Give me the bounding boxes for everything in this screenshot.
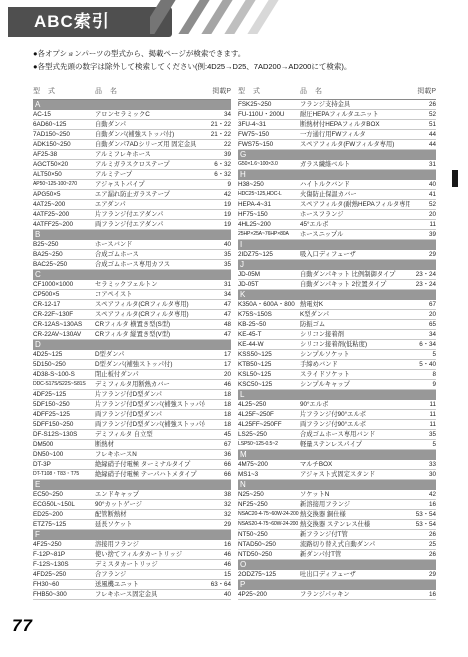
model-cell: K75S~150S [238, 310, 300, 319]
page-cell: 35 [205, 250, 231, 259]
page-cell: 20 [205, 370, 231, 379]
page-cell: 11 [410, 420, 436, 429]
section-header-C: C [33, 270, 231, 280]
table-row: KSC50~125シンプルキャップ9 [238, 380, 436, 390]
section-header-I: I [238, 240, 436, 250]
name-cell: 熱交換器 銅仕様 [300, 510, 410, 519]
model-cell: AC-15 [33, 110, 95, 119]
table-row: H38~250ハイトルクバンド40 [238, 180, 436, 190]
page-cell: 65 [410, 320, 436, 329]
page-cell: 46 [205, 560, 231, 569]
page-cell: 30 [410, 470, 436, 479]
model-cell: NTAD50~250 [238, 540, 300, 549]
page-cell: 19 [205, 200, 231, 209]
table-row: APG50×5エア漏れ防止ガラステープ42 [33, 190, 231, 200]
name-cell: 90°カットゲージ [95, 500, 205, 509]
table-row: ED25~200配管断熱材32 [33, 510, 231, 520]
name-cell: 防振ゴム [300, 320, 410, 329]
page-cell: 39 [205, 150, 231, 159]
table-row: 4L25FF~250FF両フランジ付90°エルボ11 [238, 420, 436, 430]
model-cell: NT50~250 [238, 530, 300, 539]
page-cell: 66 [205, 460, 231, 469]
model-cell: FH30~60 [33, 580, 95, 589]
name-cell: 延長ソケット [95, 520, 205, 529]
name-cell: 自動ダンパキット 2位置タイプ [300, 280, 410, 289]
table-row: G50×1.6~100×3.0ガラス繊維ベルト31 [238, 160, 436, 170]
page-cell: 19 [205, 220, 231, 229]
page-cell: 15 [205, 570, 231, 579]
model-cell: DT-T108・T83・T75 [33, 470, 95, 479]
name-cell: フランジ支持金具 [300, 100, 410, 109]
name-cell: エア漏れ防止ガラステープ [95, 190, 205, 199]
table-row: 25HP×25A~76HP×80Aホースニップル39 [238, 230, 436, 240]
name-cell: ホースフランジ [300, 210, 410, 219]
model-cell: MS1~3 [238, 470, 300, 479]
model-cell: ETZ75~125 [33, 520, 95, 529]
name-cell: ソケットN [300, 490, 410, 499]
model-cell: HEPA-4~31 [238, 200, 300, 209]
table-row: LSP50~125-0.5~2軽量ステンレスパイプ5 [238, 440, 436, 450]
page-cell: 26 [410, 100, 436, 109]
diagonal-stripes-decoration [150, 0, 290, 34]
model-cell: FHB50~300 [33, 590, 95, 599]
model-cell: CR-22AV~130AV [33, 330, 95, 339]
model-cell: KTB50~125 [238, 360, 300, 369]
page-cell: 26 [410, 530, 436, 539]
table-row: CR-22F~130Fスペアフィルタ(CRフィルタ専用)47 [33, 310, 231, 320]
name-cell: 使い捨てフィルタカートリッジ [95, 550, 205, 559]
name-cell: エアダンパ [95, 200, 205, 209]
model-cell: APG50×5 [33, 190, 95, 199]
page-cell: 16 [410, 500, 436, 509]
model-cell: FW75~150 [238, 130, 300, 139]
intro-notes: ●各オプションパーツの型式から、掲載ページが検索できます。 ●各型式先頭の数字は… [33, 47, 351, 73]
table-row: KE-44-Wシリコン接着剤(低粘度)6・34 [238, 340, 436, 350]
name-cell: ホースニップル [300, 230, 410, 239]
table-header: 型 式 品 名 掲載P [33, 85, 231, 100]
name-cell: マルチBOX [300, 460, 410, 469]
model-cell: K350A・600A・800 [238, 300, 300, 309]
table-row: 4ATF25~200片フランジ付エアダンパ19 [33, 210, 231, 220]
name-cell: デミフィルタ用断熱カバー [95, 380, 205, 389]
page-cell: 18 [205, 420, 231, 429]
model-cell: CR-12-17 [33, 300, 95, 309]
page-cell: 8 [410, 370, 436, 379]
table-row: 5DF150~250片フランジ付D型ダンパ(補強ストッパ付)18 [33, 400, 231, 410]
name-cell: 手締めバンド [300, 360, 410, 369]
name-cell: フランジパッキン [300, 590, 410, 599]
model-cell: 4DF25~125 [33, 390, 95, 399]
model-cell: AF25-38 [33, 150, 95, 159]
model-cell: 4ATF25~200 [33, 210, 95, 219]
name-cell: ホースバンド [95, 240, 205, 249]
table-row: LS25~250合成ゴムホース専用バンド35 [238, 430, 436, 440]
table-row: AF25-38アルミフレキホース39 [33, 150, 231, 160]
table-row: K350A・600A・800熱電対K67 [238, 300, 436, 310]
section-header-P: P [238, 580, 436, 590]
table-row: EC50~250エンドキャップ38 [33, 490, 231, 500]
header-name: 品 名 [300, 85, 410, 99]
page-cell: 41 [410, 190, 436, 199]
page-cell: 35 [410, 430, 436, 439]
model-cell: HDC25~125,HDC-L [238, 190, 300, 199]
table-row: B25~250ホースバンド40 [33, 240, 231, 250]
name-cell: スペアフィルタ(耐熱HEPAフィルタ専用) [300, 200, 410, 209]
page-cell: 67 [410, 300, 436, 309]
model-cell: 4P25~200 [238, 590, 300, 599]
page-cell: 16 [410, 590, 436, 599]
model-cell: JD-05M [238, 270, 300, 279]
model-cell: F-12P~81P [33, 550, 95, 559]
name-cell: 自動ダンパ(補強ストッパ付) [95, 130, 205, 139]
page-cell: 45 [205, 430, 231, 439]
name-cell: D型ダンパ [95, 350, 205, 359]
name-cell: ハイトルクバンド [300, 180, 410, 189]
page-cell: 35 [205, 260, 231, 269]
model-cell: 4D38-S~100-S [33, 370, 95, 379]
model-cell: BA25~250 [33, 250, 95, 259]
page-cell: 48 [205, 320, 231, 329]
page-cell: 21・22 [205, 130, 231, 139]
page-cell: 67 [205, 440, 231, 449]
page-cell: 18 [205, 410, 231, 419]
page-cell: 19 [205, 210, 231, 219]
header-model: 型 式 [33, 85, 95, 99]
name-cell: スペアフィルタ(FWフィルタ専用) [300, 140, 410, 149]
section-header-J: J [238, 260, 436, 270]
table-row: 5DFF150~250両フランジ付D型ダンパ(補強ストッパ付)18 [33, 420, 231, 430]
index-column-left: 型 式 品 名 掲載P AAC-15アロンセラミックC346AD60~125自動… [33, 85, 231, 600]
page-cell: 40 [205, 240, 231, 249]
page-cell: 34 [410, 330, 436, 339]
intro-line-2: ●各型式先頭の数字は除外して検索してください(例:4D25→D25、7AD200… [33, 60, 351, 73]
diagonal-stripe [150, 0, 181, 34]
page-cell: 34 [205, 110, 231, 119]
table-row: FU-110U・200U耐圧HEPAフィルタユニット52 [238, 110, 436, 120]
name-cell: デミフィルタ 自立型 [95, 430, 205, 439]
section-header-G: G [238, 150, 436, 160]
page-title-banner: ABC索引 [8, 7, 172, 37]
table-row: DF-S12S~130Sデミフィルタ 自立型45 [33, 430, 231, 440]
table-row: HF75~150ホースフランジ20 [238, 210, 436, 220]
name-cell: アロンセラミックC [95, 110, 205, 119]
page-cell: 42 [205, 190, 231, 199]
table-row: MS1~3アジャスト式固定スタンド30 [238, 470, 436, 480]
model-cell: KSL50~125 [238, 370, 300, 379]
name-cell: 片フランジ付D型ダンパ [95, 390, 205, 399]
section-header-N: N [238, 480, 436, 490]
model-cell: 25HP×25A~76HP×80A [238, 230, 300, 239]
model-cell: NSAC20-4-75~60W-24-200 [238, 510, 300, 519]
page-cell: 17 [205, 360, 231, 369]
model-cell: 5DF150~250 [33, 400, 95, 409]
page-cell: 44 [410, 130, 436, 139]
model-cell: B25~250 [33, 240, 95, 249]
page-cell: 5 [410, 440, 436, 449]
table-row: FHB50~300フレキホース固定金具40 [33, 590, 231, 600]
model-cell: LS25~250 [238, 430, 300, 439]
table-row: ECG50L~150L90°カットゲージ32 [33, 500, 231, 510]
name-cell: フレキホース固定金具 [95, 590, 205, 599]
model-cell: FU-110U・200U [238, 110, 300, 119]
name-cell: 両フランジ付90°エルボ [300, 420, 410, 429]
section-header-E: E [33, 480, 231, 490]
section-header-K: K [238, 290, 436, 300]
section-header-F: F [33, 530, 231, 540]
table-row: 3FU-4~31断熱材付HEPAフィルタBOX51 [238, 120, 436, 130]
page-number: 77 [12, 616, 33, 636]
name-cell: 火傷防止保温カバー [300, 190, 410, 199]
table-row: 4F25~250溶接用フランジ16 [33, 540, 231, 550]
model-cell: BAC25~250 [33, 260, 95, 269]
page-cell: 32 [205, 510, 231, 519]
model-cell: LSP50~125-0.5~2 [238, 440, 300, 449]
page-cell: 63・64 [205, 580, 231, 589]
model-cell: CR-12AS~130AS [33, 320, 95, 329]
page-cell: 66 [205, 470, 231, 479]
table-row: CR-12-17スペアフィルタ(CRフィルタ専用)47 [33, 300, 231, 310]
model-cell: H38~250 [238, 180, 300, 189]
page-cell: 11 [410, 220, 436, 229]
name-cell: アルミフレキホース [95, 150, 205, 159]
table-body-right: FSK25~250フランジ支持金具26FU-110U・200U耐圧HEPAフィル… [238, 100, 436, 600]
model-cell: F-12S~130S [33, 560, 95, 569]
page-cell: 53・54 [410, 510, 436, 519]
table-row: CP500×5コアペイスト34 [33, 290, 231, 300]
table-row: HEPA-4~31スペアフィルタ(耐熱HEPAフィルタ専用)52 [238, 200, 436, 210]
model-cell: EC50~250 [33, 490, 95, 499]
table-row: KB-25~50防振ゴム65 [238, 320, 436, 330]
name-cell: デミスタカートリッジ [95, 560, 205, 569]
section-header-O: O [238, 560, 436, 570]
model-cell: 4HL25~200 [238, 220, 300, 229]
table-row: KE-45-Tシリコン接着剤34 [238, 330, 436, 340]
page-cell: 5・40 [410, 360, 436, 369]
table-row: BAC25~250合成ゴムホース専用カフス35 [33, 260, 231, 270]
table-row: 4ATFF25~200両フランジ付エアダンパ19 [33, 220, 231, 230]
table-row: 6AD60~125自動ダンパ21・22 [33, 120, 231, 130]
table-row: FWS75~150スペアフィルタ(FWフィルタ専用)44 [238, 140, 436, 150]
table-row: KTB50~125手締めバンド5・40 [238, 360, 436, 370]
section-header-D: D [33, 340, 231, 350]
model-cell: KSC50~125 [238, 380, 300, 389]
name-cell: 片フランジ付エアダンパ [95, 210, 205, 219]
page-cell: 38 [205, 490, 231, 499]
page-cell: 23・24 [410, 270, 436, 279]
page-cell: 44 [410, 140, 436, 149]
page-cell: 11 [410, 410, 436, 419]
model-cell: KE-44-W [238, 340, 300, 349]
name-cell: スペアフィルタ(CRフィルタ専用) [95, 300, 205, 309]
name-cell: 絶縁硝子付電極 ターミナルタイプ [95, 460, 205, 469]
page-cell: 20 [410, 210, 436, 219]
table-row: DN50~100フレキホースN36 [33, 450, 231, 460]
table-row: 4L25F~250F片フランジ付90°エルボ11 [238, 410, 436, 420]
model-cell: DF-S12S~130S [33, 430, 95, 439]
page-cell: 47 [205, 330, 231, 339]
page-cell: 29 [410, 250, 436, 259]
name-cell: 一方通行用FWフィルタ [300, 130, 410, 139]
page-cell: 29 [205, 520, 231, 529]
table-header: 型 式 品 名 掲載P [238, 85, 436, 100]
table-row: NTD50~250新ダンパ付T管26 [238, 550, 436, 560]
section-header-M: M [238, 450, 436, 460]
model-cell: NSAS20-4-75~60W-24-200 [238, 520, 300, 529]
name-cell: CRフィルタ 横置き型(S型) [95, 320, 205, 329]
model-cell: 5D150~250 [33, 360, 95, 369]
table-row: 7AD150~250自動ダンパ(補強ストッパ付)21・22 [33, 130, 231, 140]
page-cell: 25 [410, 540, 436, 549]
table-row: 4P25~200フランジパッキン16 [238, 590, 436, 600]
table-row: KSL50~125スライドソケット8 [238, 370, 436, 380]
model-cell: HF75~150 [238, 210, 300, 219]
name-cell: D型ダンパ(補強ストッパ付) [95, 360, 205, 369]
name-cell: エンドキャップ [95, 490, 205, 499]
name-cell: 自動ダンパ7ADシリーズ用 固定金具 [95, 140, 205, 149]
table-row: F-12P~81P使い捨てフィルタカートリッジ46 [33, 550, 231, 560]
model-cell: 4ATFF25~200 [33, 220, 95, 229]
table-row: CR-12AS~130ASCRフィルタ 横置き型(S型)48 [33, 320, 231, 330]
table-row: CR-22AV~130AVCRフィルタ 縦置き型(V型)47 [33, 330, 231, 340]
table-row: 2ODZ75~125吐出口ディフューザ29 [238, 570, 436, 580]
page-cell: 34 [205, 290, 231, 299]
model-cell: ADK150~250 [33, 140, 95, 149]
name-cell: 送風機ユニット [95, 580, 205, 589]
table-row: FH30~60送風機ユニット63・64 [33, 580, 231, 590]
page-cell: 6・34 [410, 340, 436, 349]
model-cell: 7AD150~250 [33, 130, 95, 139]
model-cell: 2IDZ75~125 [238, 250, 300, 259]
table-row: NTAD50~250流路切り替え式自動ダンパ25 [238, 540, 436, 550]
name-cell: 両フランジ付D型ダンパ(補強ストッパ付) [95, 420, 205, 429]
name-cell: シリコン接着剤 [300, 330, 410, 339]
model-cell: 4FD25~250 [33, 570, 95, 579]
model-cell: DM500 [33, 440, 95, 449]
table-row: K75S~150SK型ダンパ20 [238, 310, 436, 320]
name-cell: 熱交換器 ステンレス仕様 [300, 520, 410, 529]
name-cell: シリコン接着剤(低粘度) [300, 340, 410, 349]
name-cell: 耐圧HEPAフィルタユニット [300, 110, 410, 119]
name-cell: フレキホースN [95, 450, 205, 459]
page-cell: 9 [410, 380, 436, 389]
name-cell: セラミックフェルトン [95, 280, 205, 289]
name-cell: 両フランジ付D型ダンパ [95, 410, 205, 419]
page-cell: 11 [410, 400, 436, 409]
header-page: 掲載P [205, 85, 231, 99]
page-cell: 36 [205, 450, 231, 459]
page-cell: 51 [410, 120, 436, 129]
index-tables: 型 式 品 名 掲載P AAC-15アロンセラミックC346AD60~125自動… [33, 85, 436, 600]
model-cell: DN50~100 [33, 450, 95, 459]
table-row: AGCT50×20アルミガラスクロステープ6・32 [33, 160, 231, 170]
page-cell: 18 [205, 400, 231, 409]
section-header-L: L [238, 390, 436, 400]
table-row: 4M75~200マルチBOX33 [238, 460, 436, 470]
table-row: FSK25~250フランジ支持金具26 [238, 100, 436, 110]
table-row: DT-T108・T83・T75絶縁硝子付電極 テーパハトメタイプ66 [33, 470, 231, 480]
page-cell: 17 [205, 350, 231, 359]
name-cell: 45°エルボ [300, 220, 410, 229]
name-cell: 熱電対K [300, 300, 410, 309]
page-title: ABC索引 [34, 12, 110, 31]
name-cell: スペアフィルタ(CRフィルタ専用) [95, 310, 205, 319]
name-cell: 片フランジ付90°エルボ [300, 410, 410, 419]
page-cell: 47 [205, 310, 231, 319]
table-row: 4D25~125D型ダンパ17 [33, 350, 231, 360]
name-cell: 新フランジ付T管 [300, 530, 410, 539]
page-cell: 40 [205, 590, 231, 599]
name-cell: 自動ダンパキット 比例制御タイプ [300, 270, 410, 279]
table-row: KSS50~125シンプルソケット5 [238, 350, 436, 360]
model-cell: ALT50×50 [33, 170, 95, 179]
name-cell: シンプルソケット [300, 350, 410, 359]
table-row: JD-05M自動ダンパキット 比例制御タイプ23・24 [238, 270, 436, 280]
page-cell: 29 [410, 570, 436, 579]
table-row: DDC-S17S/S22S~S81Sデミフィルタ用断熱カバー46 [33, 380, 231, 390]
table-row: NSAC20-4-75~60W-24-200熱交換器 銅仕様53・54 [238, 510, 436, 520]
model-cell: 4AT25~200 [33, 200, 95, 209]
name-cell: 吸入口ディフューザ [300, 250, 410, 259]
model-cell: 4D25~125 [33, 350, 95, 359]
name-cell: 断熱材 [95, 440, 205, 449]
name-cell: 断熱材付HEPAフィルタBOX [300, 120, 410, 129]
name-cell: シンプルキャップ [300, 380, 410, 389]
page-cell: 53・54 [410, 520, 436, 529]
table-row: NSAS20-4-75~60W-24-200熱交換器 ステンレス仕様53・54 [238, 520, 436, 530]
page-cell: 26 [410, 550, 436, 559]
model-cell: 4M75~200 [238, 460, 300, 469]
model-cell: KSS50~125 [238, 350, 300, 359]
page-cell: 52 [410, 200, 436, 209]
page-cell: 21・22 [205, 120, 231, 129]
model-cell: 5DFF150~250 [33, 420, 95, 429]
page-cell: 46 [205, 380, 231, 389]
page-cell: 52 [410, 110, 436, 119]
page-cell: 16 [205, 540, 231, 549]
page-cell: 31 [410, 160, 436, 169]
model-cell: 4DFF25~125 [33, 410, 95, 419]
name-cell: 合フランジ [95, 570, 205, 579]
page-cell: 42 [410, 490, 436, 499]
model-cell: FSK25~250 [238, 100, 300, 109]
name-cell: 自動ダンパ [95, 120, 205, 129]
page-cell: 40 [410, 180, 436, 189]
page-cell: 6・32 [205, 170, 231, 179]
page-cell: 32 [205, 500, 231, 509]
model-cell: NF25~250 [238, 500, 300, 509]
table-row: 2IDZ75~125吸入口ディフューザ29 [238, 250, 436, 260]
table-row: 4DFF25~125両フランジ付D型ダンパ18 [33, 410, 231, 420]
intro-line-1: ●各オプションパーツの型式から、掲載ページが検索できます。 [33, 47, 351, 60]
page-cell: 18 [205, 390, 231, 399]
name-cell: 軽量ステンレスパイプ [300, 440, 410, 449]
model-cell: ED25~200 [33, 510, 95, 519]
table-row: JD-05T自動ダンパキット 2位置タイプ23・24 [238, 280, 436, 290]
table-row: F-12S~130Sデミスタカートリッジ46 [33, 560, 231, 570]
table-row: NF25~250新溶接用フランジ16 [238, 500, 436, 510]
header-name: 品 名 [95, 85, 205, 99]
name-cell: 90°エルボ [300, 400, 410, 409]
page-cell: 20 [410, 310, 436, 319]
header-model: 型 式 [238, 85, 300, 99]
table-row: ETZ75~125延長ソケット29 [33, 520, 231, 530]
name-cell: 合成ゴムホース [95, 250, 205, 259]
name-cell: 新溶接用フランジ [300, 500, 410, 509]
table-row: DM500断熱材67 [33, 440, 231, 450]
page-cell: 6・32 [205, 160, 231, 169]
name-cell: CRフィルタ 縦置き型(V型) [95, 330, 205, 339]
model-cell: 4L25FF~250FF [238, 420, 300, 429]
